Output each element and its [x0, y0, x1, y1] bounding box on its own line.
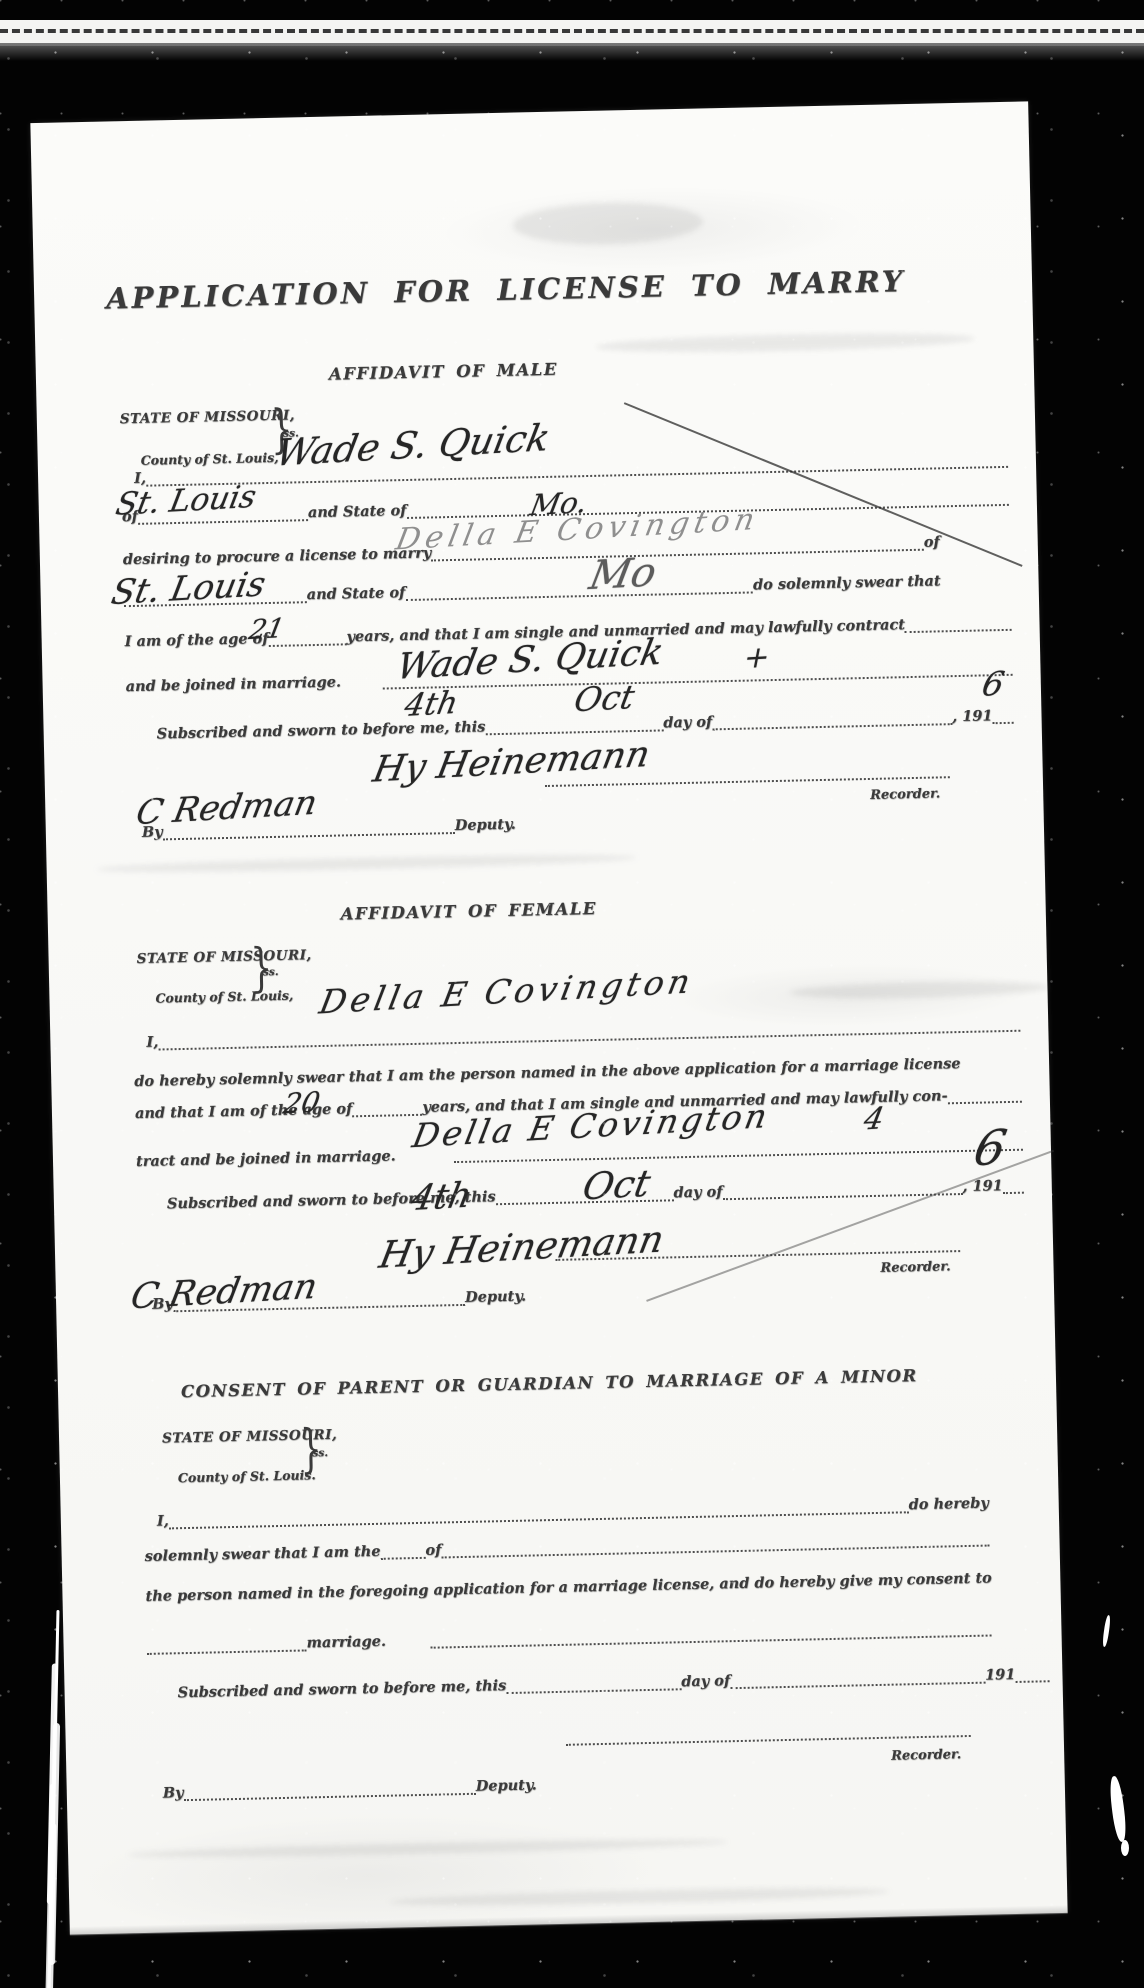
male-age-handwriting: 21 — [247, 615, 287, 644]
female-day-handwriting: 4th — [408, 1179, 474, 1217]
consent-recorder-label: Recorder. — [856, 1747, 961, 1764]
consent-day-of-label: day of — [681, 1672, 730, 1690]
dotted-leader — [905, 625, 1012, 633]
female-applicant-name-handwriting: Della E Covington — [317, 964, 697, 1018]
film-blemish — [1121, 1840, 1129, 1856]
female-ss-label: ss. — [263, 966, 279, 978]
female-tract-label: tract and be joined in marriage. — [136, 1147, 396, 1170]
film-edge-fade — [0, 43, 1144, 61]
male-marry-of-label: of — [924, 533, 940, 551]
consent-year-label: 191 — [985, 1666, 1016, 1684]
female-i-label: I, — [146, 1033, 158, 1051]
dotted-leader — [506, 1684, 681, 1694]
scan-smudge — [512, 200, 703, 246]
consent-marriage-label: marriage. — [306, 1632, 386, 1651]
female-year-label: , 191 — [962, 1177, 1003, 1195]
male-day-handwriting: 4th — [402, 688, 460, 722]
dotted-leader — [566, 1731, 971, 1746]
female-age-pre-label: and that I am of the age of — [135, 1100, 353, 1122]
consent-subscribed-label: Subscribed and sworn to before me, this — [177, 1677, 506, 1702]
female-recorder-label: Recorder. — [845, 1259, 950, 1276]
consent-recorder-sig-line — [565, 1713, 970, 1746]
male-affidavit-heading: AFFIDAVIT OF MALE — [329, 360, 558, 384]
dotted-leader — [147, 1645, 307, 1654]
dotted-leader — [431, 1630, 992, 1648]
film-blemish — [1102, 1615, 1111, 1647]
female-month-handwriting: Oct — [580, 1165, 654, 1206]
dotted-leader — [381, 1553, 426, 1560]
consent-subscribed-line: Subscribed and sworn to before me, this … — [177, 1658, 1049, 1701]
male-state-label: STATE OF MISSOURI, — [120, 407, 295, 427]
male-swear-label: do solemnly swear that — [753, 572, 941, 593]
female-day-of-label: day of — [673, 1183, 722, 1201]
scan-smudge — [595, 331, 975, 355]
dotted-leader — [1003, 1188, 1024, 1194]
consent-i-label: I, — [157, 1512, 169, 1530]
consent-by-label: By — [163, 1784, 184, 1802]
male-day-of-label: day of — [663, 713, 712, 731]
consent-person-label: the person named in the foregoing applic… — [145, 1569, 992, 1605]
male-joined-label: and be joined in marriage. — [125, 673, 341, 695]
female-recorder-signature-handwriting: Hy Heinemann — [376, 1221, 667, 1274]
scanned-document-page: APPLICATION FOR LICENSE TO MARRY AFFIDAV… — [0, 0, 1144, 1988]
male-residence-handwriting: St. Louis — [113, 482, 258, 521]
consent-of-label: of — [425, 1541, 441, 1559]
dotted-leader — [1015, 1676, 1049, 1683]
consent-deputy-label: Deputy. — [476, 1776, 537, 1795]
scan-smudge — [389, 1885, 889, 1909]
male-deputy-signature-handwriting: C Redman — [133, 786, 320, 830]
consent-relation-line: solemnly swear that I am the of — [144, 1523, 989, 1565]
film-perforation-line — [0, 29, 1144, 33]
bride-residence-handwriting: St. Louis — [109, 567, 268, 610]
dotted-leader — [441, 1541, 989, 1559]
dotted-leader — [163, 828, 455, 840]
spacer — [396, 1163, 454, 1164]
dotted-leader — [405, 587, 753, 601]
female-name-line: I, — [146, 1008, 1020, 1051]
dotted-leader — [352, 1110, 422, 1118]
dotted-leader — [948, 1097, 1022, 1105]
consent-marriage-line: marriage. — [146, 1612, 991, 1654]
dotted-leader — [712, 719, 952, 730]
female-affidavit-heading: AFFIDAVIT OF FEMALE — [340, 899, 597, 924]
dotted-leader — [993, 718, 1014, 724]
consent-do-hereby-label: do hereby — [908, 1494, 988, 1513]
dotted-leader — [184, 1789, 476, 1801]
film-blemish — [1108, 1776, 1128, 1843]
bride-state-handwriting: Mo — [586, 552, 659, 596]
male-year-label: , 191 — [952, 707, 993, 725]
male-recorder-label: Recorder. — [835, 786, 940, 803]
scan-smudge — [789, 979, 1049, 1001]
film-strip-edge — [0, 20, 1144, 43]
dotted-leader — [158, 1026, 1020, 1051]
female-age-handwriting: 20 — [281, 1088, 322, 1118]
film-scratch-line — [52, 1610, 60, 1848]
document-paper: APPLICATION FOR LICENSE TO MARRY AFFIDAV… — [30, 101, 1067, 1934]
consent-person-line: the person named in the foregoing applic… — [145, 1562, 992, 1604]
male-marry-label: desiring to procure a license to marry — [123, 544, 432, 568]
male-and-state-of-label: and State of — [308, 502, 407, 522]
female-deputy-label: Deputy. — [465, 1287, 526, 1306]
page-title: APPLICATION FOR LICENSE TO MARRY — [106, 264, 906, 315]
consent-heading: CONSENT OF PARENT OR GUARDIAN TO MARRIAG… — [181, 1366, 918, 1401]
female-state-label: STATE OF MISSOURI, — [136, 947, 311, 967]
scan-smudge — [97, 852, 637, 875]
consent-solemnly-label: solemnly swear that I am the — [144, 1542, 380, 1565]
male-deputy-label: Deputy. — [455, 815, 516, 834]
consent-name-line: I, do hereby — [157, 1488, 989, 1530]
spacer — [386, 1649, 431, 1650]
spacer — [341, 690, 383, 691]
dotted-leader — [730, 1678, 985, 1690]
consent-deputy-line: By Deputy. — [162, 1769, 536, 1801]
scan-smudge — [128, 1836, 728, 1860]
male-month-handwriting: Oct — [572, 680, 638, 716]
male-and-state-of-label-2: and State of — [307, 584, 406, 604]
consent-ss-label: ss. — [312, 1447, 328, 1459]
consent-county-label: County of St. Louis. — [178, 1467, 316, 1485]
